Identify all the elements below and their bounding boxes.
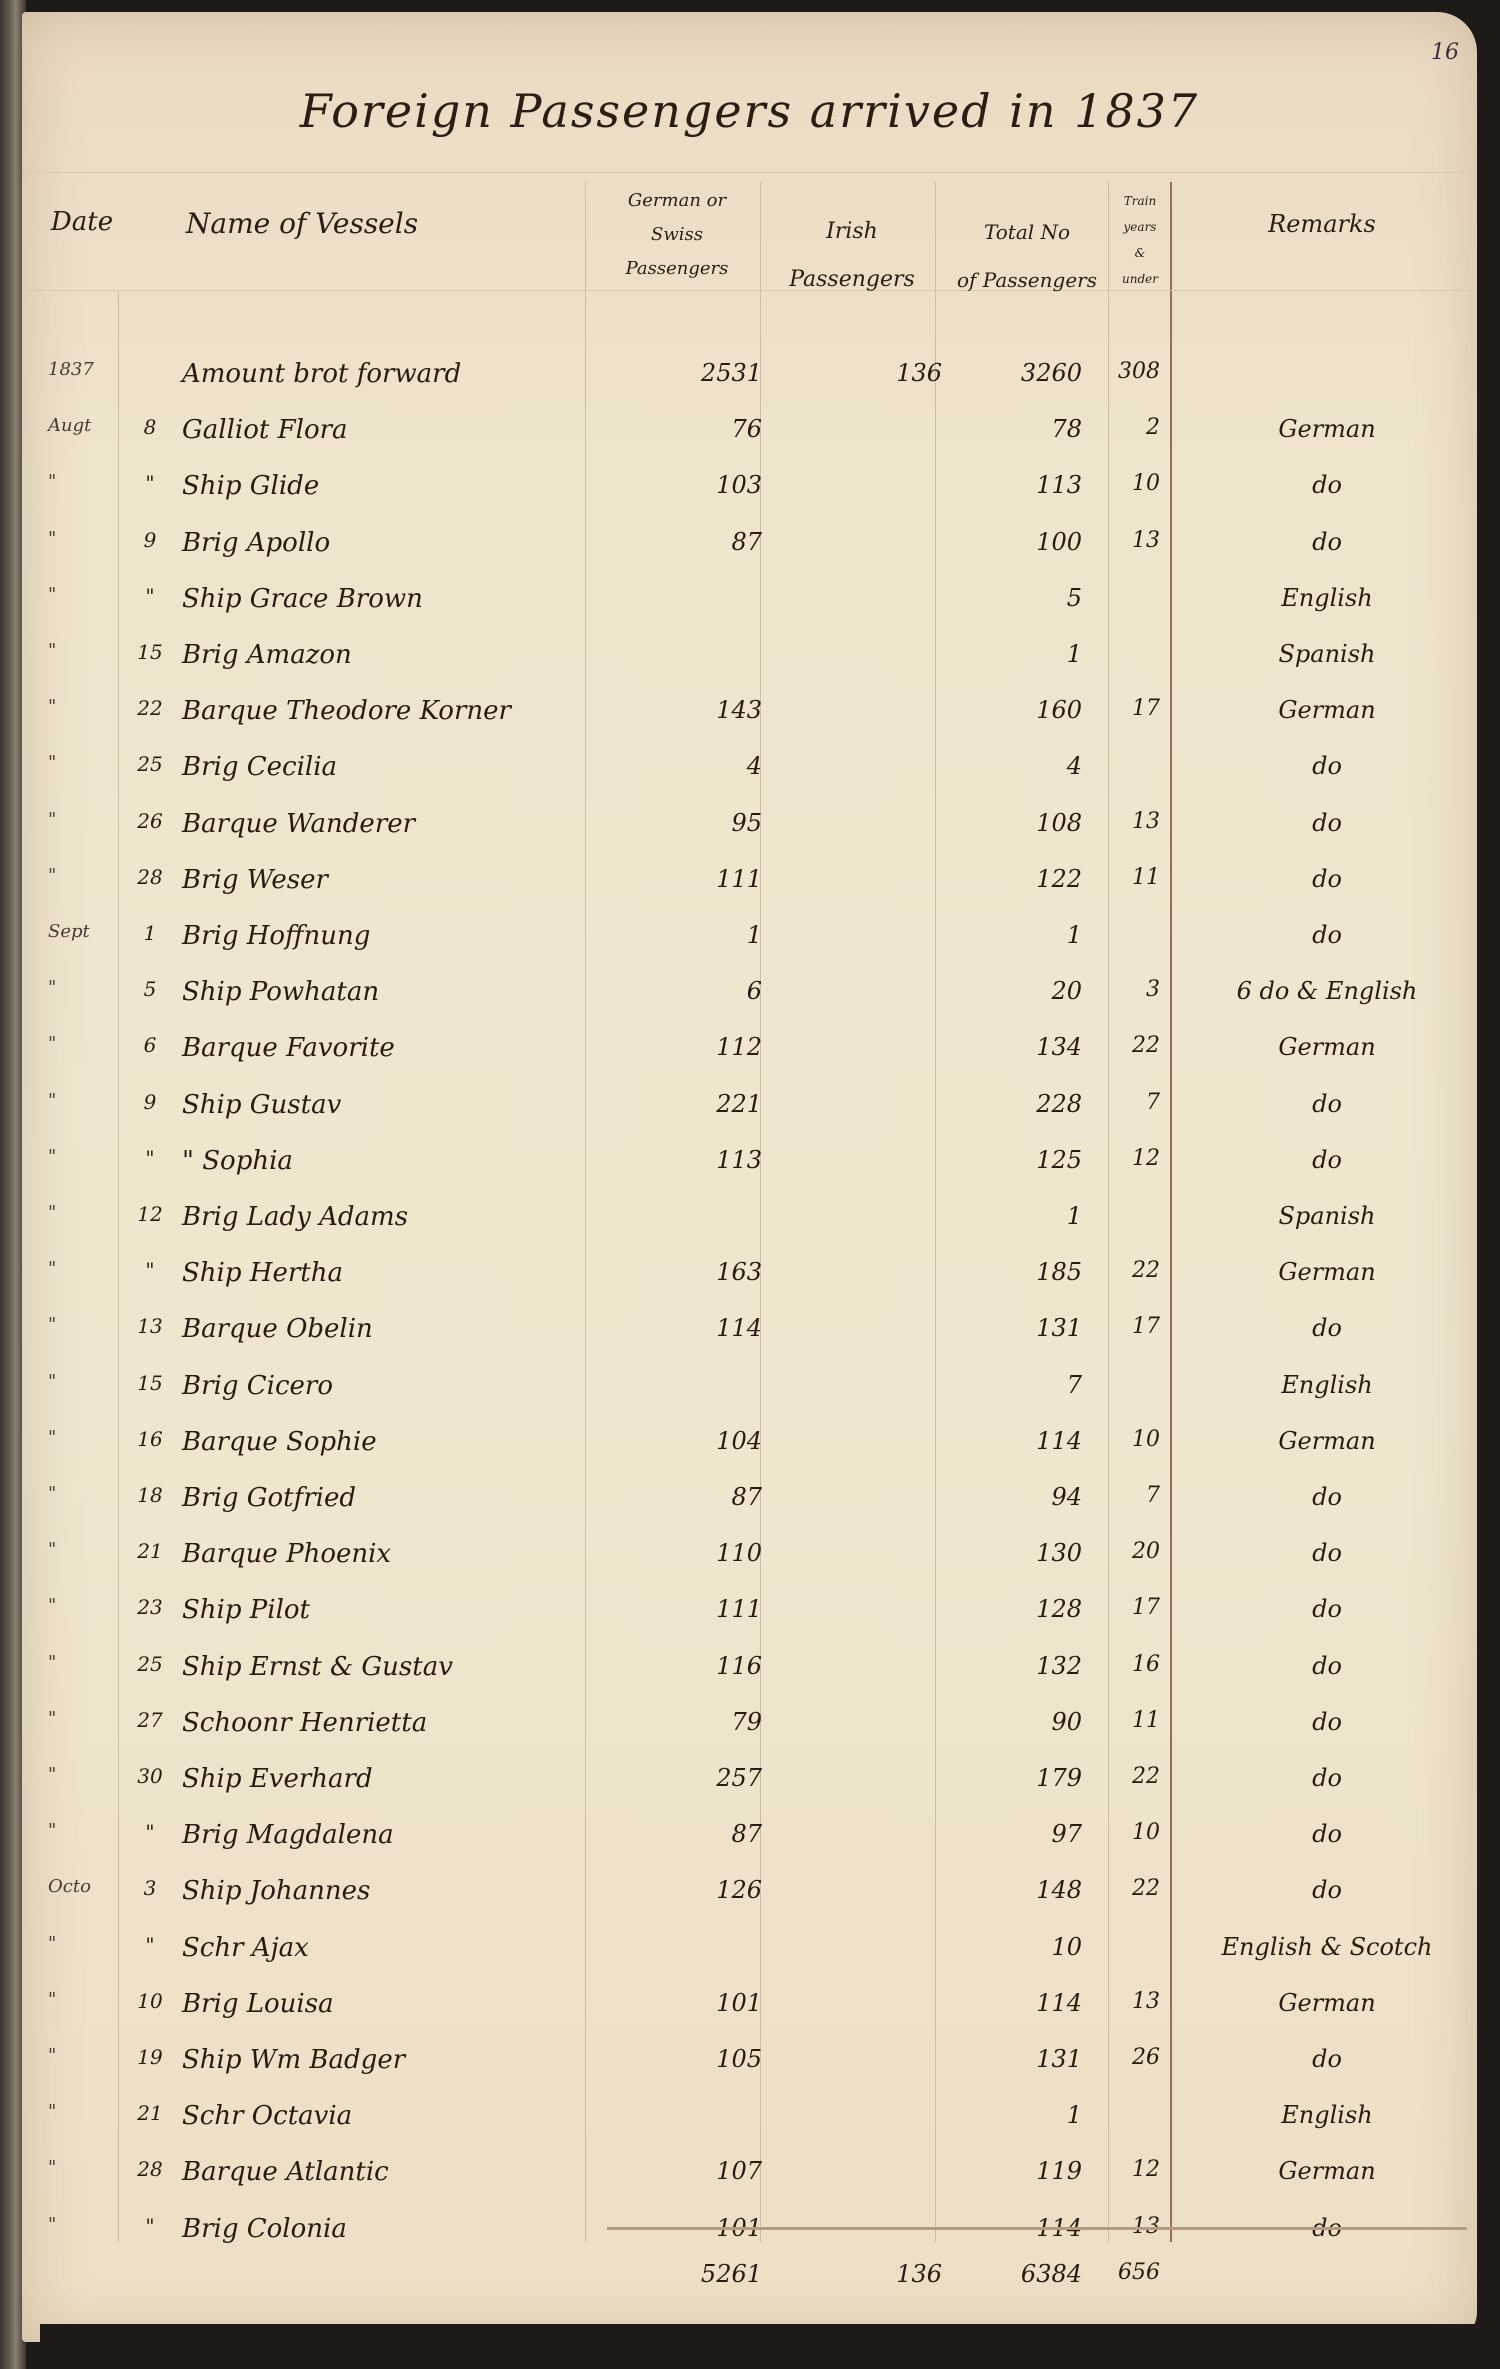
row-month: " bbox=[48, 1483, 118, 1504]
row-german: 107 bbox=[622, 2157, 762, 2185]
row-remarks: German bbox=[1182, 415, 1472, 443]
row-day: 8 bbox=[132, 415, 168, 439]
row-day: " bbox=[132, 1258, 168, 1282]
row-vessel: Barque Favorite bbox=[182, 1033, 395, 1063]
total-under: 656 bbox=[1090, 2260, 1160, 2285]
row-day: " bbox=[132, 2214, 168, 2238]
row-day: 21 bbox=[132, 1539, 168, 1563]
row-total: 179 bbox=[962, 1764, 1082, 1792]
table-row: "23Ship Pilot11112817do bbox=[22, 1583, 1477, 1639]
row-day: 25 bbox=[132, 752, 168, 776]
row-german: 163 bbox=[622, 1258, 762, 1286]
row-month: " bbox=[48, 1708, 118, 1729]
row-month: " bbox=[48, 1258, 118, 1279]
table-row: "25Ship Ernst & Gustav11613216do bbox=[22, 1640, 1477, 1696]
row-remarks: do bbox=[1182, 471, 1472, 499]
row-total: 125 bbox=[962, 1146, 1082, 1174]
row-vessel: Ship Powhatan bbox=[182, 977, 379, 1007]
row-under: 20 bbox=[1090, 1539, 1160, 1564]
row-vessel: Ship Pilot bbox=[182, 1595, 310, 1625]
row-irish: 136 bbox=[792, 359, 942, 387]
totals-row: 5261 136 6384 656 bbox=[22, 2252, 1477, 2302]
total-passengers: 6384 bbox=[962, 2260, 1082, 2288]
row-month: " bbox=[48, 1146, 118, 1167]
row-day: " bbox=[132, 471, 168, 495]
row-day: 28 bbox=[132, 2157, 168, 2181]
row-remarks: German bbox=[1182, 1258, 1472, 1286]
row-vessel: Schoonr Henrietta bbox=[182, 1708, 427, 1738]
row-under: 17 bbox=[1090, 1595, 1160, 1620]
row-german: 103 bbox=[622, 471, 762, 499]
row-month: " bbox=[48, 1595, 118, 1616]
row-remarks: do bbox=[1182, 1708, 1472, 1736]
table-row: "22Barque Theodore Korner14316017German bbox=[22, 684, 1477, 740]
table-row: "15Brig Amazon1Spanish bbox=[22, 628, 1477, 684]
row-total: 131 bbox=[962, 1314, 1082, 1342]
row-under: 13 bbox=[1090, 1989, 1160, 2014]
table-row: """ Sophia11312512do bbox=[22, 1134, 1477, 1190]
row-german: 143 bbox=[622, 696, 762, 724]
row-day: 1 bbox=[132, 921, 168, 945]
row-under: 10 bbox=[1090, 471, 1160, 496]
row-month: " bbox=[48, 2101, 118, 2122]
table-row: Augt8Galliot Flora76782German bbox=[22, 403, 1477, 459]
row-vessel: Schr Ajax bbox=[182, 1933, 309, 1963]
row-under: 22 bbox=[1090, 1258, 1160, 1283]
row-remarks: do bbox=[1182, 752, 1472, 780]
row-remarks: do bbox=[1182, 1483, 1472, 1511]
row-day: 10 bbox=[132, 1989, 168, 2013]
row-vessel: Ship Glide bbox=[182, 471, 319, 501]
header-bottom-rule bbox=[22, 290, 1477, 291]
row-total: 132 bbox=[962, 1652, 1082, 1680]
total-rule bbox=[607, 2227, 1467, 2230]
row-german: 2531 bbox=[622, 359, 762, 387]
row-vessel: Brig Lady Adams bbox=[182, 1202, 408, 1232]
row-vessel: Galliot Flora bbox=[182, 415, 348, 445]
row-german: 87 bbox=[622, 1483, 762, 1511]
row-day: 15 bbox=[132, 1371, 168, 1395]
row-month: " bbox=[48, 584, 118, 605]
row-vessel: Brig Cecilia bbox=[182, 752, 337, 782]
row-vessel: Brig Hoffnung bbox=[182, 921, 370, 951]
table-row: "15Brig Cicero7English bbox=[22, 1359, 1477, 1415]
row-month: " bbox=[48, 1539, 118, 1560]
table-row: ""Brig Magdalena879710do bbox=[22, 1808, 1477, 1864]
row-remarks: do bbox=[1182, 1090, 1472, 1118]
row-month: " bbox=[48, 809, 118, 830]
row-total: 5 bbox=[962, 584, 1082, 612]
row-month: " bbox=[48, 640, 118, 661]
row-vessel: Barque Atlantic bbox=[182, 2157, 389, 2187]
row-month: " bbox=[48, 1427, 118, 1448]
table-row: "10Brig Louisa10111413German bbox=[22, 1977, 1477, 2033]
table-row: "21Schr Octavia1English bbox=[22, 2089, 1477, 2145]
row-day: " bbox=[132, 1933, 168, 1957]
row-day: 23 bbox=[132, 1595, 168, 1619]
row-remarks: German bbox=[1182, 696, 1472, 724]
row-total: 128 bbox=[962, 1595, 1082, 1623]
row-under: 2 bbox=[1090, 415, 1160, 440]
row-remarks: Spanish bbox=[1182, 640, 1472, 668]
row-vessel: Brig Cicero bbox=[182, 1371, 333, 1401]
row-total: 131 bbox=[962, 2045, 1082, 2073]
row-vessel: Barque Wanderer bbox=[182, 809, 415, 839]
row-month: " bbox=[48, 865, 118, 886]
row-month: " bbox=[48, 1371, 118, 1392]
row-month: " bbox=[48, 1933, 118, 1954]
row-german: 105 bbox=[622, 2045, 762, 2073]
table-row: "26Barque Wanderer9510813do bbox=[22, 797, 1477, 853]
row-total: 1 bbox=[962, 921, 1082, 949]
row-total: 185 bbox=[962, 1258, 1082, 1286]
row-remarks: English bbox=[1182, 2101, 1472, 2129]
row-remarks: do bbox=[1182, 865, 1472, 893]
row-day: 9 bbox=[132, 528, 168, 552]
row-remarks: German bbox=[1182, 2157, 1472, 2185]
ledger-page: 16 Foreign Passengers arrived in 1837 Da… bbox=[22, 12, 1477, 2342]
row-vessel: Amount brot forward bbox=[182, 359, 461, 389]
row-vessel: " Sophia bbox=[182, 1146, 293, 1176]
row-total: 114 bbox=[962, 1989, 1082, 2017]
row-month: " bbox=[48, 471, 118, 492]
table-row: "6Barque Favorite11213422German bbox=[22, 1021, 1477, 1077]
row-remarks: Spanish bbox=[1182, 1202, 1472, 1230]
row-day: 13 bbox=[132, 1314, 168, 1338]
col-header-german: German or Swiss Passengers bbox=[597, 184, 757, 286]
row-total: 97 bbox=[962, 1820, 1082, 1848]
row-remarks: do bbox=[1182, 1146, 1472, 1174]
row-total: 1 bbox=[962, 1202, 1082, 1230]
row-under: 12 bbox=[1090, 2157, 1160, 2182]
row-total: 119 bbox=[962, 2157, 1082, 2185]
row-month: " bbox=[48, 1652, 118, 1673]
col-header-vessel: Name of Vessels bbox=[172, 207, 432, 240]
row-month: " bbox=[48, 1090, 118, 1111]
page-number: 16 bbox=[1431, 40, 1459, 65]
row-german: 114 bbox=[622, 1314, 762, 1342]
row-remarks: do bbox=[1182, 1820, 1472, 1848]
row-vessel: Ship Wm Badger bbox=[182, 2045, 405, 2075]
row-vessel: Brig Louisa bbox=[182, 1989, 334, 2019]
row-german: 110 bbox=[622, 1539, 762, 1567]
row-month: " bbox=[48, 1033, 118, 1054]
row-total: 78 bbox=[962, 415, 1082, 443]
row-under: 22 bbox=[1090, 1033, 1160, 1058]
table-row: ""Ship Hertha16318522German bbox=[22, 1246, 1477, 1302]
row-under: 22 bbox=[1090, 1764, 1160, 1789]
row-vessel: Brig Magdalena bbox=[182, 1820, 394, 1850]
table-row: "25Brig Cecilia44do bbox=[22, 740, 1477, 796]
row-month: Sept bbox=[48, 921, 118, 942]
row-day: 15 bbox=[132, 640, 168, 664]
row-under: 17 bbox=[1090, 696, 1160, 721]
row-month: Augt bbox=[48, 415, 118, 436]
row-vessel: Ship Hertha bbox=[182, 1258, 343, 1288]
table-row: "28Brig Weser11112211do bbox=[22, 853, 1477, 909]
row-vessel: Schr Octavia bbox=[182, 2101, 352, 2131]
row-vessel: Brig Gotfried bbox=[182, 1483, 356, 1513]
row-german: 112 bbox=[622, 1033, 762, 1061]
row-total: 108 bbox=[962, 809, 1082, 837]
col-header-total: Total No of Passengers bbox=[942, 208, 1112, 304]
row-under: 11 bbox=[1090, 1708, 1160, 1733]
row-german: 257 bbox=[622, 1764, 762, 1792]
row-total: 122 bbox=[962, 865, 1082, 893]
col-header-under: Train years & under bbox=[1112, 188, 1168, 292]
row-month: " bbox=[48, 1764, 118, 1785]
row-under: 22 bbox=[1090, 1876, 1160, 1901]
row-remarks: do bbox=[1182, 1876, 1472, 1904]
row-day: 30 bbox=[132, 1764, 168, 1788]
row-total: 90 bbox=[962, 1708, 1082, 1736]
row-day: 28 bbox=[132, 865, 168, 889]
row-day: 25 bbox=[132, 1652, 168, 1676]
row-total: 130 bbox=[962, 1539, 1082, 1567]
row-remarks: German bbox=[1182, 1427, 1472, 1455]
row-remarks: do bbox=[1182, 1652, 1472, 1680]
header-top-rule bbox=[22, 172, 1477, 173]
row-total: 134 bbox=[962, 1033, 1082, 1061]
table-row: "12Brig Lady Adams1Spanish bbox=[22, 1190, 1477, 1246]
row-day: 27 bbox=[132, 1708, 168, 1732]
row-month: " bbox=[48, 2157, 118, 2178]
table-row: Octo3Ship Johannes12614822do bbox=[22, 1864, 1477, 1920]
row-month: " bbox=[48, 977, 118, 998]
table-row: "30Ship Everhard25717922do bbox=[22, 1752, 1477, 1808]
row-under: 7 bbox=[1090, 1483, 1160, 1508]
row-vessel: Barque Obelin bbox=[182, 1314, 373, 1344]
row-day: 18 bbox=[132, 1483, 168, 1507]
row-remarks: English bbox=[1182, 1371, 1472, 1399]
row-german: 111 bbox=[622, 865, 762, 893]
row-under: 13 bbox=[1090, 528, 1160, 553]
col-header-remarks: Remarks bbox=[1182, 210, 1462, 238]
table-row: "5Ship Powhatan62036 do & English bbox=[22, 965, 1477, 1021]
row-month: " bbox=[48, 2214, 118, 2235]
row-under: 308 bbox=[1090, 359, 1160, 384]
row-remarks: do bbox=[1182, 1764, 1472, 1792]
row-remarks: do bbox=[1182, 2045, 1472, 2073]
row-german: 104 bbox=[622, 1427, 762, 1455]
row-month: " bbox=[48, 2045, 118, 2066]
col-header-date: Date bbox=[42, 207, 122, 237]
row-total: 1 bbox=[962, 2101, 1082, 2129]
row-german: 116 bbox=[622, 1652, 762, 1680]
page-bottom-shadow bbox=[40, 2324, 1500, 2369]
row-german: 113 bbox=[622, 1146, 762, 1174]
row-day: 26 bbox=[132, 809, 168, 833]
table-row: "13Barque Obelin11413117do bbox=[22, 1302, 1477, 1358]
row-remarks: do bbox=[1182, 1314, 1472, 1342]
row-under: 10 bbox=[1090, 1427, 1160, 1452]
row-under: 7 bbox=[1090, 1090, 1160, 1115]
row-vessel: Ship Ernst & Gustav bbox=[182, 1652, 453, 1682]
row-remarks: English bbox=[1182, 584, 1472, 612]
table-row: "9Brig Apollo8710013do bbox=[22, 516, 1477, 572]
row-vessel: Barque Phoenix bbox=[182, 1539, 391, 1569]
row-under: 17 bbox=[1090, 1314, 1160, 1339]
row-month: " bbox=[48, 1202, 118, 1223]
row-german: 1 bbox=[622, 921, 762, 949]
row-day: 22 bbox=[132, 696, 168, 720]
row-month: Octo bbox=[48, 1876, 118, 1897]
row-remarks: English & Scotch bbox=[1182, 1933, 1472, 1961]
row-vessel: Brig Amazon bbox=[182, 640, 352, 670]
row-total: 114 bbox=[962, 1427, 1082, 1455]
row-remarks: German bbox=[1182, 1033, 1472, 1061]
table-row: ""Schr Ajax10English & Scotch bbox=[22, 1921, 1477, 1977]
row-german: 87 bbox=[622, 1820, 762, 1848]
row-month: " bbox=[48, 1820, 118, 1841]
row-vessel: Ship Gustav bbox=[182, 1090, 341, 1120]
row-month: " bbox=[48, 1989, 118, 2010]
table-row: ""Ship Grace Brown5English bbox=[22, 572, 1477, 628]
row-total: 7 bbox=[962, 1371, 1082, 1399]
row-month: 1837 bbox=[48, 359, 118, 380]
row-day: 12 bbox=[132, 1202, 168, 1226]
row-vessel: Barque Theodore Korner bbox=[182, 696, 511, 726]
row-total: 10 bbox=[962, 1933, 1082, 1961]
row-vessel: Brig Apollo bbox=[182, 528, 330, 558]
row-month: " bbox=[48, 1314, 118, 1335]
row-german: 221 bbox=[622, 1090, 762, 1118]
col-header-irish: Irish Passengers bbox=[772, 208, 932, 304]
row-under: 13 bbox=[1090, 809, 1160, 834]
row-day: 5 bbox=[132, 977, 168, 1001]
row-under: 11 bbox=[1090, 865, 1160, 890]
row-total: 160 bbox=[962, 696, 1082, 724]
table-row: "16Barque Sophie10411410German bbox=[22, 1415, 1477, 1471]
row-german: 6 bbox=[622, 977, 762, 1005]
table-row: ""Ship Glide10311310do bbox=[22, 459, 1477, 515]
row-remarks: do bbox=[1182, 1595, 1472, 1623]
row-day: 9 bbox=[132, 1090, 168, 1114]
row-day: 21 bbox=[132, 2101, 168, 2125]
row-vessel: Ship Johannes bbox=[182, 1876, 370, 1906]
row-remarks: do bbox=[1182, 1539, 1472, 1567]
row-total: 94 bbox=[962, 1483, 1082, 1511]
row-total: 148 bbox=[962, 1876, 1082, 1904]
table-row: "18Brig Gotfried87947do bbox=[22, 1471, 1477, 1527]
table-row: "9Ship Gustav2212287do bbox=[22, 1078, 1477, 1134]
row-total: 100 bbox=[962, 528, 1082, 556]
row-under: 26 bbox=[1090, 2045, 1160, 2070]
row-total: 113 bbox=[962, 471, 1082, 499]
row-vessel: Ship Everhard bbox=[182, 1764, 373, 1794]
row-total: 1 bbox=[962, 640, 1082, 668]
table-row: "19Ship Wm Badger10513126do bbox=[22, 2033, 1477, 2089]
row-month: " bbox=[48, 696, 118, 717]
total-german: 5261 bbox=[622, 2260, 762, 2288]
row-german: 95 bbox=[622, 809, 762, 837]
row-total: 4 bbox=[962, 752, 1082, 780]
row-day: " bbox=[132, 1146, 168, 1170]
row-under: 3 bbox=[1090, 977, 1160, 1002]
row-german: 4 bbox=[622, 752, 762, 780]
row-total: 3260 bbox=[962, 359, 1082, 387]
row-vessel: Brig Weser bbox=[182, 865, 328, 895]
row-german: 79 bbox=[622, 1708, 762, 1736]
row-remarks: 6 do & English bbox=[1182, 977, 1472, 1005]
table-row: "21Barque Phoenix11013020do bbox=[22, 1527, 1477, 1583]
row-month: " bbox=[48, 528, 118, 549]
row-remarks: do bbox=[1182, 528, 1472, 556]
row-german: 126 bbox=[622, 1876, 762, 1904]
row-vessel: Ship Grace Brown bbox=[182, 584, 423, 614]
page-title: Foreign Passengers arrived in 1837 bbox=[22, 84, 1477, 138]
row-remarks: do bbox=[1182, 809, 1472, 837]
row-day: 19 bbox=[132, 2045, 168, 2069]
row-remarks: do bbox=[1182, 921, 1472, 949]
total-irish: 136 bbox=[792, 2260, 942, 2288]
row-german: 87 bbox=[622, 528, 762, 556]
table-row: 1837Amount brot forward25311363260308 bbox=[22, 347, 1477, 403]
table-row: Sept1Brig Hoffnung11do bbox=[22, 909, 1477, 965]
table-row: "27Schoonr Henrietta799011do bbox=[22, 1696, 1477, 1752]
table-row: "28Barque Atlantic10711912German bbox=[22, 2145, 1477, 2201]
row-under: 10 bbox=[1090, 1820, 1160, 1845]
row-german: 101 bbox=[622, 1989, 762, 2017]
row-under: 16 bbox=[1090, 1652, 1160, 1677]
row-day: 3 bbox=[132, 1876, 168, 1900]
row-day: " bbox=[132, 584, 168, 608]
row-day: 6 bbox=[132, 1033, 168, 1057]
row-day: " bbox=[132, 1820, 168, 1844]
row-german: 76 bbox=[622, 415, 762, 443]
row-total: 20 bbox=[962, 977, 1082, 1005]
row-german: 111 bbox=[622, 1595, 762, 1623]
row-month: " bbox=[48, 752, 118, 773]
row-vessel: Barque Sophie bbox=[182, 1427, 377, 1457]
row-vessel: Brig Colonia bbox=[182, 2214, 347, 2244]
row-day: 16 bbox=[132, 1427, 168, 1451]
row-total: 228 bbox=[962, 1090, 1082, 1118]
row-under: 12 bbox=[1090, 1146, 1160, 1171]
row-remarks: German bbox=[1182, 1989, 1472, 2017]
